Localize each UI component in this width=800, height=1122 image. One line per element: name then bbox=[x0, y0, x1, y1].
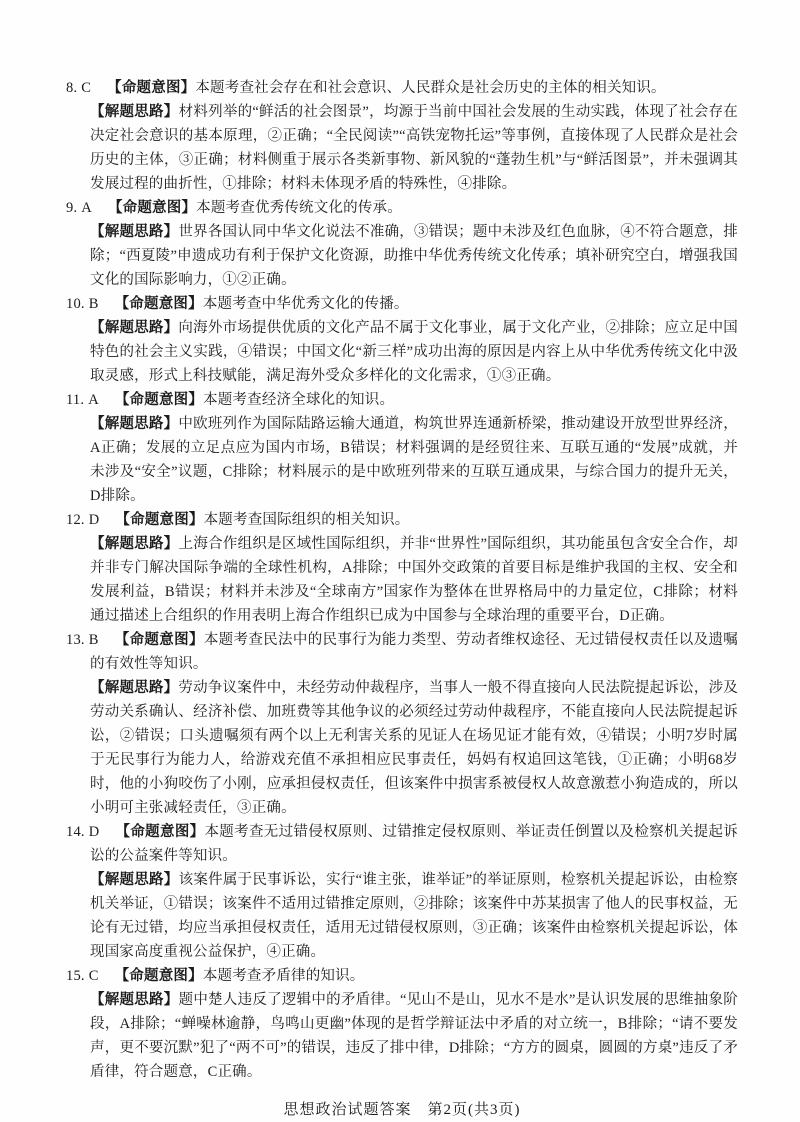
intent-text: 本题考查优秀传统文化的传承。 bbox=[196, 200, 402, 216]
analysis-text: 劳动争议案件中，未经劳动仲裁程序，当事人一般不得直接向人民法院提起诉讼，涉及劳动… bbox=[90, 680, 738, 816]
question-number: 9. bbox=[66, 200, 77, 216]
question-number: 8. bbox=[66, 80, 77, 96]
analysis-paragraph: 【解题思路】材料列举的“鲜活的社会图景”，均源于当前中国社会发展的生动实践，体现… bbox=[90, 100, 738, 196]
analysis-text: 题中楚人违反了逻辑中的矛盾律。“见山不是山，见水不是水”是认识发展的思维抽象阶段… bbox=[90, 992, 738, 1080]
question-number: 10. bbox=[66, 296, 85, 312]
analysis-label: 【解题思路】 bbox=[90, 320, 178, 336]
analysis-label: 【解题思路】 bbox=[90, 992, 179, 1008]
answer-item-13: 13.B【命题意图】本题考查民法中的民事行为能力类型、劳动者维权途径、无过错侵权… bbox=[66, 628, 738, 820]
answer-letter: B bbox=[89, 296, 99, 312]
intent-text: 本题考查社会存在和社会意识、人民群众是社会历史的主体的相关知识。 bbox=[195, 80, 665, 96]
analysis-paragraph: 【解题思路】上海合作组织是区域性国际组织，并非“世界性”国际组织，其功能虽包含安… bbox=[90, 532, 738, 628]
question-head: 12.D【命题意图】本题考查国际组织的相关知识。 bbox=[90, 508, 738, 532]
answer-item-10: 10.B【命题意图】本题考查中华优秀文化的传播。 【解题思路】向海外市场提供优质… bbox=[66, 292, 738, 388]
analysis-paragraph: 【解题思路】劳动争议案件中，未经劳动仲裁程序，当事人一般不得直接向人民法院提起诉… bbox=[90, 676, 738, 820]
answer-item-9: 9.A【命题意图】本题考查优秀传统文化的传承。 【解题思路】世界各国认同中华文化… bbox=[66, 196, 738, 292]
question-head: 11.A【命题意图】本题考查经济全球化的知识。 bbox=[90, 388, 738, 412]
intent-label: 【命题意图】 bbox=[115, 968, 203, 984]
answers-content: 8.C【命题意图】本题考查社会存在和社会意识、人民群众是社会历史的主体的相关知识… bbox=[0, 0, 800, 1119]
analysis-label: 【解题思路】 bbox=[90, 416, 178, 432]
intent-text: 本题考查国际组织的相关知识。 bbox=[204, 512, 410, 528]
analysis-text: 向海外市场提供优质的文化产品不属于文化事业，属于文化产业，②排除；应立足中国特色… bbox=[90, 320, 738, 384]
analysis-label: 【解题思路】 bbox=[90, 536, 179, 552]
analysis-text: 中欧班列作为国际陆路运输大通道，构筑世界连通新桥梁，推动建设开放型世界经济，A正… bbox=[90, 416, 738, 504]
analysis-text: 世界各国认同中华文化说法不准确，③错误；题中未涉及红色血脉，④不符合题意，排除；… bbox=[90, 224, 738, 288]
page-footer: 思想政治试题答案 第2页(共3页) bbox=[66, 1098, 738, 1119]
analysis-paragraph: 【解题思路】世界各国认同中华文化说法不准确，③错误；题中未涉及红色血脉，④不符合… bbox=[90, 220, 738, 292]
question-number: 15. bbox=[66, 968, 85, 984]
answer-letter: A bbox=[81, 200, 92, 216]
intent-label: 【命题意图】 bbox=[107, 80, 195, 96]
intent-label: 【命题意图】 bbox=[115, 392, 203, 408]
answer-letter: A bbox=[88, 392, 99, 408]
analysis-label: 【解题思路】 bbox=[90, 224, 178, 240]
answer-letter: D bbox=[89, 512, 100, 528]
question-number: 11. bbox=[66, 392, 84, 408]
analysis-label: 【解题思路】 bbox=[90, 872, 179, 888]
answer-item-8: 8.C【命题意图】本题考查社会存在和社会意识、人民群众是社会历史的主体的相关知识… bbox=[66, 76, 738, 196]
intent-text: 本题考查中华优秀文化的传播。 bbox=[203, 296, 409, 312]
question-head: 13.B【命题意图】本题考查民法中的民事行为能力类型、劳动者维权途径、无过错侵权… bbox=[90, 628, 738, 676]
analysis-paragraph: 【解题思路】向海外市场提供优质的文化产品不属于文化事业，属于文化产业，②排除；应… bbox=[90, 316, 738, 388]
question-number: 14. bbox=[66, 824, 85, 840]
question-head: 14.D【命题意图】本题考查无过错侵权原则、过错推定侵权原则、举证责任倒置以及检… bbox=[90, 820, 738, 868]
question-number: 12. bbox=[66, 512, 85, 528]
analysis-label: 【解题思路】 bbox=[90, 680, 178, 696]
analysis-paragraph: 【解题思路】题中楚人违反了逻辑中的矛盾律。“见山不是山，见水不是水”是认识发展的… bbox=[90, 988, 738, 1084]
question-head: 9.A【命题意图】本题考查优秀传统文化的传承。 bbox=[90, 196, 738, 220]
analysis-text: 上海合作组织是区域性国际组织，并非“世界性”国际组织，其功能虽包含安全合作，却并… bbox=[90, 536, 738, 624]
intent-label: 【命题意图】 bbox=[108, 200, 196, 216]
answer-item-15: 15.C【命题意图】本题考查矛盾律的知识。 【解题思路】题中楚人违反了逻辑中的矛… bbox=[66, 964, 738, 1084]
answer-letter: C bbox=[81, 80, 91, 96]
answer-item-11: 11.A【命题意图】本题考查经济全球化的知识。 【解题思路】中欧班列作为国际陆路… bbox=[66, 388, 738, 508]
answer-letter: B bbox=[89, 632, 99, 648]
intent-label: 【命题意图】 bbox=[115, 512, 203, 528]
analysis-label: 【解题思路】 bbox=[90, 104, 179, 120]
analysis-text: 该案件属于民事诉讼，实行“谁主张，谁举证”的举证原则，检察机关提起诉讼，由检察机… bbox=[90, 872, 738, 960]
intent-label: 【命题意图】 bbox=[115, 824, 204, 840]
analysis-paragraph: 【解题思路】该案件属于民事诉讼，实行“谁主张，谁举证”的举证原则，检察机关提起诉… bbox=[90, 868, 738, 964]
intent-text: 本题考查经济全球化的知识。 bbox=[203, 392, 394, 408]
question-head: 8.C【命题意图】本题考查社会存在和社会意识、人民群众是社会历史的主体的相关知识… bbox=[90, 76, 738, 100]
answer-item-12: 12.D【命题意图】本题考查国际组织的相关知识。 【解题思路】上海合作组织是区域… bbox=[66, 508, 738, 628]
answer-sheet-page: 8.C【命题意图】本题考查社会存在和社会意识、人民群众是社会历史的主体的相关知识… bbox=[0, 0, 800, 1122]
intent-label: 【命题意图】 bbox=[115, 296, 203, 312]
intent-text: 本题考查矛盾律的知识。 bbox=[203, 968, 365, 984]
intent-label: 【命题意图】 bbox=[115, 632, 204, 648]
answer-item-14: 14.D【命题意图】本题考查无过错侵权原则、过错推定侵权原则、举证责任倒置以及检… bbox=[66, 820, 738, 964]
question-number: 13. bbox=[66, 632, 85, 648]
analysis-paragraph: 【解题思路】中欧班列作为国际陆路运输大通道，构筑世界连通新桥梁，推动建设开放型世… bbox=[90, 412, 738, 508]
question-head: 15.C【命题意图】本题考查矛盾律的知识。 bbox=[90, 964, 738, 988]
question-head: 10.B【命题意图】本题考查中华优秀文化的传播。 bbox=[90, 292, 738, 316]
analysis-text: 材料列举的“鲜活的社会图景”，均源于当前中国社会发展的生动实践，体现了社会存在决… bbox=[90, 104, 738, 192]
answer-letter: C bbox=[89, 968, 99, 984]
answer-letter: D bbox=[89, 824, 100, 840]
